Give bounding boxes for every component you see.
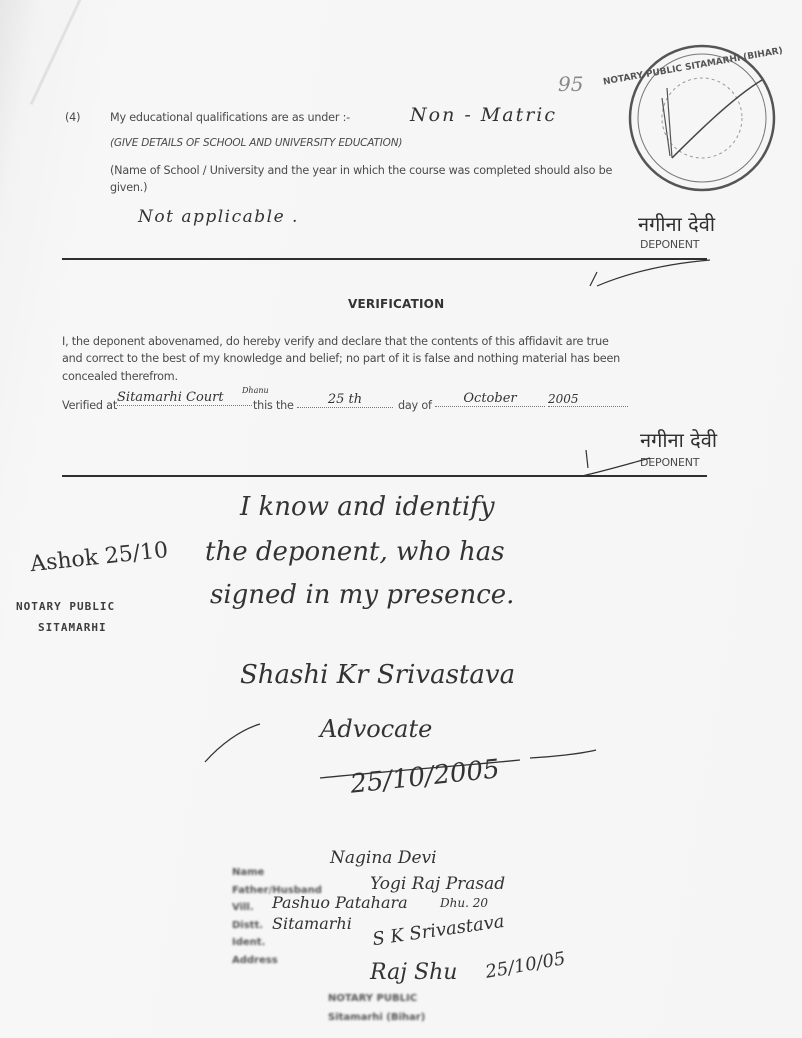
tick-mark-icon [585, 258, 715, 288]
this-the-label: this the [253, 399, 294, 412]
year-text: 2005 [548, 392, 628, 407]
verification-heading: VERIFICATION [348, 297, 444, 311]
verification-line1: I, the deponent abovenamed, do hereby ve… [62, 335, 609, 348]
clause-instruction: (GIVE DETAILS OF SCHOOL AND UNIVERSITY E… [110, 137, 402, 149]
day-of-label: day of [398, 399, 432, 412]
identifier-label-ident: Ident. [232, 934, 322, 952]
day-text: 25 th [297, 392, 393, 408]
identifier-signature: Raj Shu [370, 960, 457, 985]
clause-number: (4) [65, 111, 80, 124]
seal-text: NOTARY PUBLIC SITAMARHI (BIHAR) [602, 46, 783, 87]
verified-at-text: Sitamarhi Court [117, 390, 252, 406]
identifier-label-name: Name [232, 864, 322, 882]
identifier-value-distt: Sitamarhi [272, 914, 352, 933]
qualification-detail: Not applicable . [138, 207, 299, 227]
identifier-value-father: Yogi Raj Prasad [370, 874, 505, 894]
advocate-name: Shashi Kr Srivastava [240, 660, 515, 690]
deponent-label-1: DEPONENT [640, 238, 699, 251]
page-mark: 95 [558, 72, 583, 96]
identifier-value-vill: Pashuo Patahara [272, 893, 408, 912]
verified-at-superscript: Dhanu [242, 386, 269, 395]
notary-stamp-line1: NOTARY PUBLIC [16, 600, 115, 613]
deponent-signature-1: नगीना देवी [638, 210, 715, 237]
endorsement-line1: I know and identify [240, 492, 495, 522]
endorsement-line3: signed in my presence. [210, 580, 514, 610]
day-value: 25 th [297, 392, 393, 408]
month-text: October [435, 391, 545, 407]
qualification-answer: Non - Matric [410, 104, 557, 126]
identifier-stamp-line2: Sitamarhi (Bihar) [328, 1012, 425, 1023]
identifier-stamp-line1: NOTARY PUBLIC [328, 993, 417, 1004]
clause-note-line1: (Name of School / University and the yea… [110, 164, 612, 177]
month-value: October [435, 391, 545, 407]
identifier-label-address: Address [232, 952, 322, 970]
verified-at-value: Sitamarhi Court [117, 390, 252, 406]
clause-label: My educational qualifications are as und… [110, 111, 350, 124]
endorsement-line2: the deponent, who has [205, 537, 505, 567]
verified-at-label: Verified at [62, 399, 117, 412]
verification-line2: and correct to the best of my knowledge … [62, 352, 620, 365]
notary-seal-icon: NOTARY PUBLIC SITAMARHI (BIHAR) [612, 28, 792, 208]
signature-stroke-icon [578, 440, 658, 480]
clause-note-line2: given.) [110, 181, 147, 194]
identifier-extra: Dhu. 20 [440, 896, 488, 910]
identifier-value-name: Nagina Devi [330, 848, 437, 868]
year-value: 2005 [548, 392, 628, 407]
verification-line3: concealed therefrom. [62, 370, 178, 383]
notary-stamp-line2: SITAMARHI [38, 621, 107, 634]
